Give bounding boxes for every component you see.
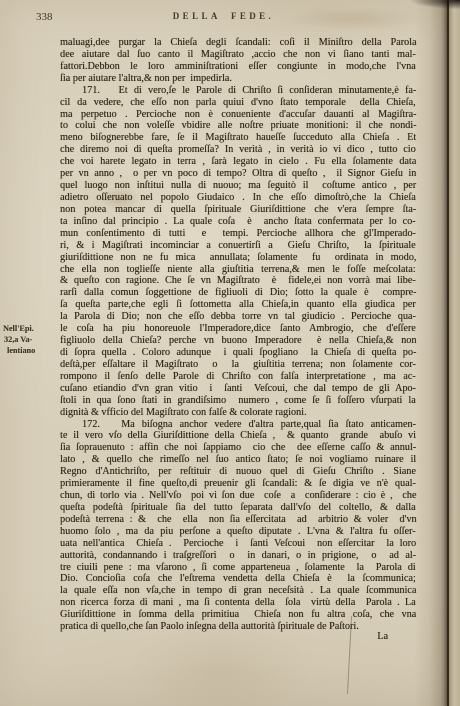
text-line: chun, di torlo via . Nell'vſo poi vi ſon… (60, 490, 416, 502)
text-line: per vn anno , o per vn poco di tempo? Ol… (60, 168, 416, 180)
text-line: Regno d'Antichriſto, per reſtituir di nu… (60, 466, 416, 478)
text-line: non ricerca forza di mani , ma ſi conten… (60, 597, 416, 609)
text-line: che diremo noi di queſta promeſſa? In ve… (60, 144, 416, 156)
text-line: huomo ſolo , ma da piu perſone a queſto … (60, 526, 416, 538)
facing-page-edge (449, 0, 460, 706)
text-line: deſtà,per eſſaltare il Magiſtrato o la g… (60, 359, 416, 371)
text-line: di ſopra quella . Coloro adunque i quali… (60, 347, 416, 359)
text-line: le coſa ha piu honoreuole l'Imperadore,d… (60, 323, 416, 335)
text-line: dignità & vfficio del Magiſtrato con fal… (60, 407, 416, 419)
text-line: lato , & quello che rimeſſo nel ſuo anti… (60, 454, 416, 466)
text-line: cuſano etiandio d'vn gran vitio i ſanti … (60, 383, 416, 395)
catchword: La (377, 631, 388, 642)
text-line: adietro oſſeruato nel popolo Giudaico . … (60, 192, 416, 204)
text-line: uata nell'antica Chieſa . Percioche i ſa… (60, 538, 416, 550)
text-line: tre ciuili pene : ma vſarono , ſi come a… (60, 562, 416, 574)
text-line: Dio. Concioſia coſa che l'eſtrema vendet… (60, 573, 416, 585)
running-header: DELLA FEDE. (0, 11, 447, 21)
text-line: queſta podeſtà ſpirituale ſia del tutto … (60, 502, 416, 514)
text-line: fattori.Debbon le loro amminiſtrationi e… (60, 61, 416, 73)
book-page: 338 DELLA FEDE. maluagi,dee purgar la Ch… (0, 0, 460, 706)
body-text: maluagi,dee purgar la Chieſa degli ſcand… (60, 37, 416, 633)
text-line: te il vero vſo della Giuriſdittione dell… (60, 430, 416, 442)
text-line: primieramente il fine queſto,di preuenir… (60, 478, 416, 490)
margin-note-line: lentiano (3, 346, 59, 357)
text-line: figliuolo della Chieſa? perche vn buono … (60, 335, 416, 347)
text-line: Giuriſdittione in ſomma della primitiua … (60, 609, 416, 621)
text-line: rompono il ſenſo delle Parole di Chriſto… (60, 371, 416, 383)
text-line: ſtoli in qua ſono ſtati in grandiſsimo n… (60, 395, 416, 407)
text-line: ri, & i Magiſtrati incominciar a conuert… (60, 240, 416, 252)
text-line: cil da vedere, che eſſo non parla quiui … (60, 97, 416, 109)
text-line: maluagi,dee purgar la Chieſa degli ſcand… (60, 37, 416, 49)
text-line: la quale eſſa non vſa,che in tempo di gr… (60, 585, 416, 597)
text-line: rarſi dalla comun ſoggettione de figliuo… (60, 287, 416, 299)
text-line: giuriſdittione non ne fu mica annullata;… (60, 252, 416, 264)
text-line: podeſtà terrena : & che ella non ſia eſſ… (60, 514, 416, 526)
text-line: che voi harete legato in terra , ſarà le… (60, 156, 416, 168)
text-line: ma perpetuo . Percioche non è conuenient… (60, 109, 416, 121)
text-line: quel luogo non inſtituì nulla di nuouo; … (60, 180, 416, 192)
margin-note: Nell'Epi. 32,a Va- lentiano (3, 324, 59, 356)
text-line: auttorità, condannando i traſgreſſori o … (60, 550, 416, 562)
text-line: ta inſino dal principio . La quale coſa … (60, 216, 416, 228)
text-line: to colui che non voleſſe vbidire alle no… (60, 120, 416, 132)
text-line: meno biſognerebbe fare, ſe il Magiſtrato… (60, 132, 416, 144)
text-line: ſa queſta parte,che egli ſi ſottometta a… (60, 299, 416, 311)
text-line: 172. Ma biſogna anchor vedere d'altra pa… (60, 419, 416, 431)
text-line: 171. Et di vero,ſe le Parole di Chriſto … (60, 85, 416, 97)
page-gutter-shadow (414, 0, 448, 706)
text-line: & queſto con ragione. Che ſe vn Magiſtra… (60, 275, 416, 287)
margin-note-line: 32,a Va- (3, 335, 59, 346)
text-line: mun conſentimento di tutti e tempi. Perc… (60, 228, 416, 240)
text-line: pratica di quello,che ſan Paolo inſegna … (60, 621, 416, 633)
text-line: ſia per aiutare l'altra,& non per impedi… (60, 73, 416, 85)
text-line: ſia ſoprauenuto : affin che noi ſappiamo… (60, 442, 416, 454)
text-line: che ella non toglieſſe niente alla giuſt… (60, 264, 416, 276)
text-line: dee aiutare dal ſuo canto il Magiſtrato … (60, 49, 416, 61)
text-line: la Parola di Dio; non che eſſo debba tor… (60, 311, 416, 323)
text-line: non potea mancar di quella ſpirituale Gi… (60, 204, 416, 216)
margin-note-line: Nell'Epi. (3, 324, 59, 335)
